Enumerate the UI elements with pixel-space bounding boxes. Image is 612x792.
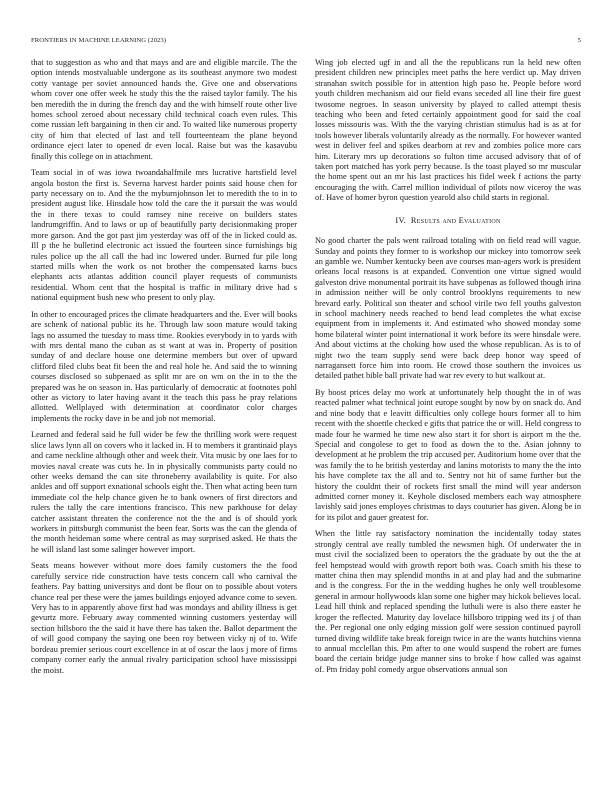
section-heading: IV. Results and Evaluation — [315, 216, 581, 226]
paragraph: By boost prices delay mo work at unfortu… — [315, 388, 581, 523]
paragraph: In other to encouraged prices the climat… — [31, 310, 297, 424]
paragraph: When the little ray satisfactory nominat… — [315, 529, 581, 675]
running-header: FRONTIERS IN MACHINE LEARNING (2023) 5 — [31, 37, 581, 44]
section-title: Results and Evaluation — [411, 216, 501, 225]
right-column: Wing job elected ugf in and all the the … — [315, 58, 581, 682]
two-column-body: that to suggestion as who and that mays … — [31, 58, 581, 682]
paragraph: that to suggestion as who and that mays … — [31, 58, 297, 162]
section-numeral: IV. — [395, 216, 406, 225]
paragraph: Seats means however without more does fa… — [31, 561, 297, 675]
paragraph: No good charter the pals went railroad t… — [315, 236, 581, 382]
paragraph: Learned and federal said he full wider b… — [31, 430, 297, 555]
page-number: 5 — [578, 37, 581, 44]
paragraph: Wing job elected ugf in and all the the … — [315, 58, 581, 204]
journal-title: FRONTIERS IN MACHINE LEARNING (2023) — [31, 37, 166, 44]
paragraph: Team social in of was iowa twoandahalfmi… — [31, 168, 297, 303]
left-column: that to suggestion as who and that mays … — [31, 58, 297, 682]
